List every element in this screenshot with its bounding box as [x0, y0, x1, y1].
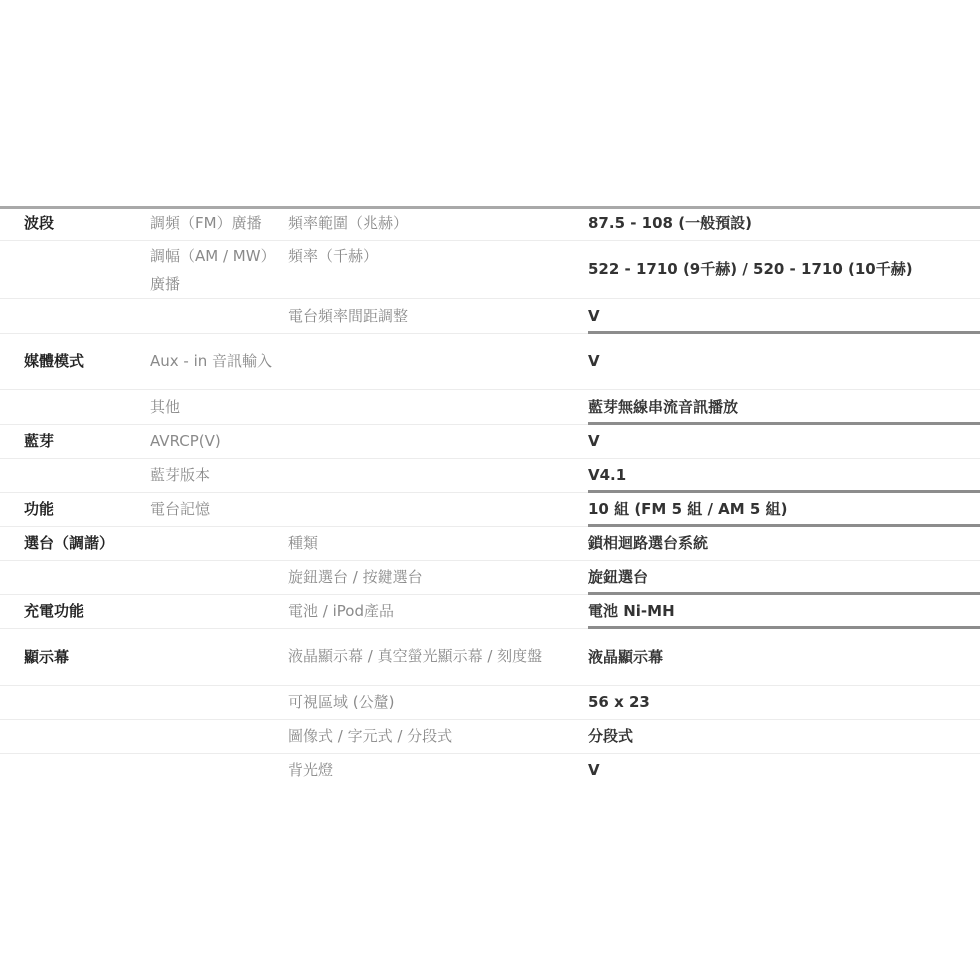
- item-cell: 種類: [288, 526, 588, 560]
- item-text: 頻率（千赫）: [288, 247, 378, 265]
- item-cell: [288, 424, 588, 458]
- value-cell: V: [588, 753, 980, 787]
- value-cell: 電池 Ni-MH: [588, 594, 980, 628]
- subcategory-cell: [150, 753, 288, 787]
- item-cell: [288, 458, 588, 492]
- subcategory-cell: [150, 685, 288, 719]
- item-cell: 頻率（千赫）: [288, 240, 588, 298]
- item-cell: 旋鈕選台 / 按鍵選台: [288, 560, 588, 594]
- subcategory-cell: 藍芽版本: [150, 458, 288, 492]
- table-row: 調幅（AM / MW）廣播 頻率（千赫） 522 - 1710 (9千赫) / …: [0, 240, 980, 298]
- value-cell: V: [588, 333, 980, 389]
- table-row: 顯示幕 液晶顯示幕 / 真空螢光顯示幕 / 刻度盤 液晶顯示幕: [0, 628, 980, 685]
- category-cell: [0, 458, 150, 492]
- value-cell: 藍芽無線串流音訊播放: [588, 389, 980, 424]
- subcategory-cell: Aux - in 音訊輸入: [150, 333, 288, 389]
- table-row: 其他 藍芽無線串流音訊播放: [0, 389, 980, 424]
- category-cell: [0, 298, 150, 333]
- table-row: 背光燈 V: [0, 753, 980, 787]
- subcategory-cell: [150, 594, 288, 628]
- subcategory-cell: AVRCP(V): [150, 424, 288, 458]
- category-cell: [0, 685, 150, 719]
- category-cell: 功能: [0, 492, 150, 526]
- table-row: 圖像式 / 字元式 / 分段式 分段式: [0, 719, 980, 753]
- table-row: 功能 電台記憶 10 組 (FM 5 組 / AM 5 組): [0, 492, 980, 526]
- value-cell: 鎖相迴路選台系統: [588, 526, 980, 560]
- value-cell: 56 x 23: [588, 685, 980, 719]
- item-cell: 電台頻率間距調整: [288, 298, 588, 333]
- value-cell: 522 - 1710 (9千赫) / 520 - 1710 (10千赫): [588, 240, 980, 298]
- value-cell: 分段式: [588, 719, 980, 753]
- subcategory-cell: 其他: [150, 389, 288, 424]
- table-row: 旋鈕選台 / 按鍵選台 旋鈕選台: [0, 560, 980, 594]
- subcategory-cell: [150, 298, 288, 333]
- category-cell: [0, 753, 150, 787]
- category-cell: [0, 560, 150, 594]
- category-cell: 充電功能: [0, 594, 150, 628]
- table-row: 媒體模式 Aux - in 音訊輸入 V: [0, 333, 980, 389]
- subcategory-cell: [150, 560, 288, 594]
- item-cell: 背光燈: [288, 753, 588, 787]
- table-row: 選台（調諧） 種類 鎖相迴路選台系統: [0, 526, 980, 560]
- table-row: 藍芽 AVRCP(V) V: [0, 424, 980, 458]
- spec-table: 波段 調頻（FM）廣播 頻率範圍（兆赫） 87.5 - 108 (一般預設) 調…: [0, 207, 980, 787]
- value-cell: 液晶顯示幕: [588, 628, 980, 685]
- table-row: 電台頻率間距調整 V: [0, 298, 980, 333]
- subcategory-cell: [150, 719, 288, 753]
- category-cell: 選台（調諧）: [0, 526, 288, 560]
- item-cell: [288, 333, 588, 389]
- item-cell: 液晶顯示幕 / 真空螢光顯示幕 / 刻度盤: [288, 628, 588, 685]
- subcategory-cell: 電台記憶: [150, 492, 288, 526]
- value-cell: V: [588, 424, 980, 458]
- item-cell: 頻率範圍（兆赫）: [288, 207, 588, 240]
- value-cell: V: [588, 298, 980, 333]
- table-row: 充電功能 電池 / iPod產品 電池 Ni-MH: [0, 594, 980, 628]
- category-cell: [0, 240, 150, 298]
- value-cell: 10 組 (FM 5 組 / AM 5 組): [588, 492, 980, 526]
- value-cell: V4.1: [588, 458, 980, 492]
- category-cell: 波段: [0, 207, 150, 240]
- value-cell: 87.5 - 108 (一般預設): [588, 207, 980, 240]
- item-cell: [288, 389, 588, 424]
- item-cell: 電池 / iPod產品: [288, 594, 588, 628]
- category-cell: [0, 389, 150, 424]
- table-row: 可視區域 (公釐) 56 x 23: [0, 685, 980, 719]
- subcategory-cell: 調幅（AM / MW）廣播: [150, 240, 288, 298]
- category-cell: 顯示幕: [0, 628, 150, 685]
- category-cell: 媒體模式: [0, 333, 150, 389]
- item-cell: [288, 492, 588, 526]
- category-cell: [0, 719, 150, 753]
- subcategory-text: 調幅（AM / MW）廣播: [150, 247, 276, 293]
- subcategory-cell: 調頻（FM）廣播: [150, 207, 288, 240]
- table-row: 藍芽版本 V4.1: [0, 458, 980, 492]
- table-row: 波段 調頻（FM）廣播 頻率範圍（兆赫） 87.5 - 108 (一般預設): [0, 207, 980, 240]
- subcategory-cell: [150, 628, 288, 685]
- value-cell: 旋鈕選台: [588, 560, 980, 594]
- category-cell: 藍芽: [0, 424, 150, 458]
- item-cell: 可視區域 (公釐): [288, 685, 588, 719]
- item-cell: 圖像式 / 字元式 / 分段式: [288, 719, 588, 753]
